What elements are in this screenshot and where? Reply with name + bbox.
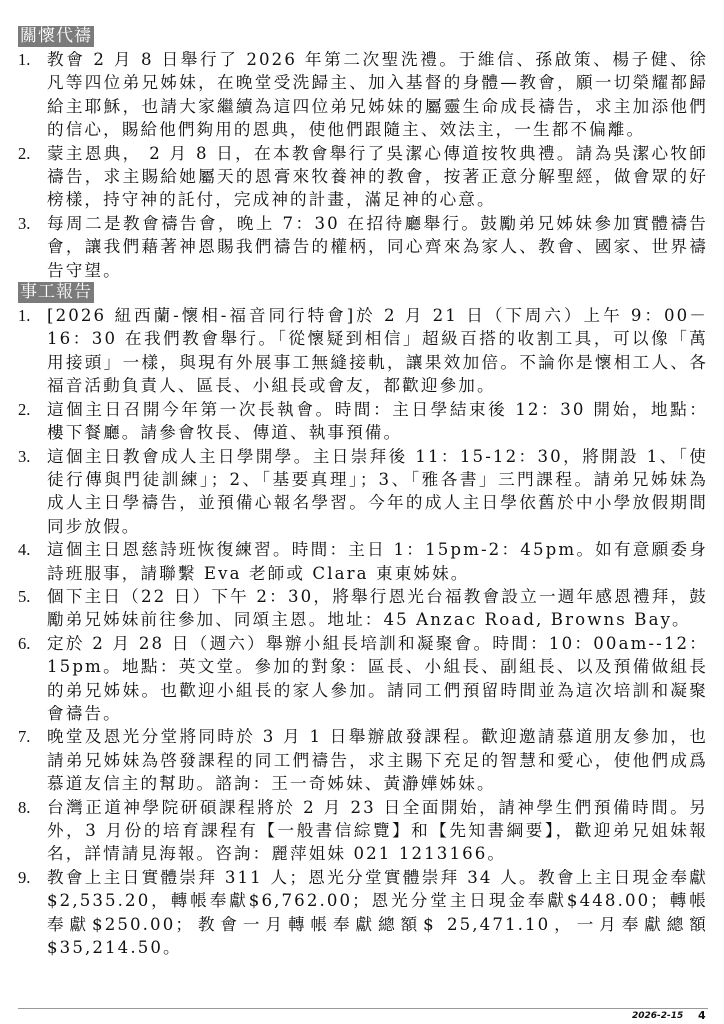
item-number: 2. [18,142,30,165]
list-item: 6.定於 2 月 28 日（週六）舉辦小組長培訓和凝聚會。時間：10：00am-… [18,632,708,726]
list-item: 3.這個主日教會成人主日學開學。主日崇拜後 11：15-12：30，將開設 1、… [18,445,708,539]
item-number: 7. [18,725,30,748]
item-text: 台灣正道神學院研碩課程將於 2 月 23 日全面開始，請神學生們預備時間。另外，… [47,798,708,864]
item-text: 教會上主日實體崇拜 311 人；恩光分堂實體崇拜 34 人。教會上主日現金奉獻$… [47,868,708,957]
item-text: 晚堂及恩光分堂將同時於 3 月 1 日舉辦啟發課程。歡迎邀請慕道朋友參加，也請弟… [47,727,708,793]
list-item: 9.教會上主日實體崇拜 311 人；恩光分堂實體崇拜 34 人。教會上主日現金奉… [18,866,708,960]
item-text: 定於 2 月 28 日（週六）舉辦小組長培訓和凝聚會。時間：10：00am--1… [47,634,708,723]
item-number: 4. [18,538,30,561]
item-text: 這個主日召開今年第一次長執會。時間：主日學結束後 12：30 開始，地點：樓下餐… [47,400,708,442]
item-text: 這個主日教會成人主日學開學。主日崇拜後 11：15-12：30，將開設 1、「使… [47,447,708,536]
item-number: 1. [18,48,30,71]
item-number: 9. [18,866,30,889]
ministry-list: 1.[2026 紐西蘭-懷相-福音同行特會]於 2 月 21 日（下周六）上午 … [18,304,708,959]
list-item: 1.教會 2 月 8 日舉行了 2026 年第二次聖洗禮。于維信、孫啟策、楊子健… [18,48,708,142]
list-item: 4.這個主日恩慈詩班恢復練習。時間：主日 1：15pm-2：45pm。如有意願委… [18,538,708,585]
item-number: 3. [18,212,30,235]
section-prayer: 關懷代禱 1.教會 2 月 8 日舉行了 2026 年第二次聖洗禮。于維信、孫啟… [18,26,708,282]
section-label-prayer: 關懷代禱 [18,26,94,47]
footer-divider [18,1008,708,1009]
section-ministry-report: 事工報告 1.[2026 紐西蘭-懷相-福音同行特會]於 2 月 21 日（下周… [18,282,708,959]
item-number: 6. [18,632,30,655]
list-item: 2.這個主日召開今年第一次長執會。時間：主日學結束後 12：30 開始，地點：樓… [18,398,708,445]
item-number: 3. [18,445,30,468]
section-label-ministry: 事工報告 [18,282,94,303]
bulletin-page: 關懷代禱 1.教會 2 月 8 日舉行了 2026 年第二次聖洗禮。于維信、孫啟… [18,26,708,959]
list-item: 7.晚堂及恩光分堂將同時於 3 月 1 日舉辦啟發課程。歡迎邀請慕道朋友參加，也… [18,725,708,795]
list-item: 1.[2026 紐西蘭-懷相-福音同行特會]於 2 月 21 日（下周六）上午 … [18,304,708,398]
list-item: 3.每周二是教會禱告會，晚上 7：30 在招待廳舉行。鼓勵弟兄姊妹參加實體禱告會… [18,212,708,282]
list-item: 5.個下主日（22 日）下午 2：30，將舉行恩光台福教會設立一週年感恩禮拜，鼓… [18,585,708,632]
list-item: 8.台灣正道神學院研碩課程將於 2 月 23 日全面開始，請神學生們預備時間。另… [18,796,708,866]
page-number: 4 [698,1009,706,1022]
item-number: 5. [18,585,30,608]
prayer-list: 1.教會 2 月 8 日舉行了 2026 年第二次聖洗禮。于維信、孫啟策、楊子健… [18,48,708,282]
item-number: 1. [18,304,30,327]
item-number: 8. [18,796,30,819]
item-text: [2026 紐西蘭-懷相-福音同行特會]於 2 月 21 日（下周六）上午 9：… [47,306,708,395]
footer-date: 2026-2-15 [632,1011,683,1021]
item-text: 這個主日恩慈詩班恢復練習。時間：主日 1：15pm-2：45pm。如有意願委身詩… [47,540,708,582]
item-text: 蒙主恩典， 2 月 8 日，在本教會舉行了吳潔心傳道按牧典禮。請為吳潔心牧師禱告… [47,144,708,210]
list-item: 2.蒙主恩典， 2 月 8 日，在本教會舉行了吳潔心傳道按牧典禮。請為吳潔心牧師… [18,142,708,212]
item-number: 2. [18,398,30,421]
item-text: 每周二是教會禱告會，晚上 7：30 在招待廳舉行。鼓勵弟兄姊妹參加實體禱告會，讓… [47,214,708,280]
item-text: 教會 2 月 8 日舉行了 2026 年第二次聖洗禮。于維信、孫啟策、楊子健、徐… [47,50,708,139]
item-text: 個下主日（22 日）下午 2：30，將舉行恩光台福教會設立一週年感恩禮拜，鼓勵弟… [47,587,708,629]
